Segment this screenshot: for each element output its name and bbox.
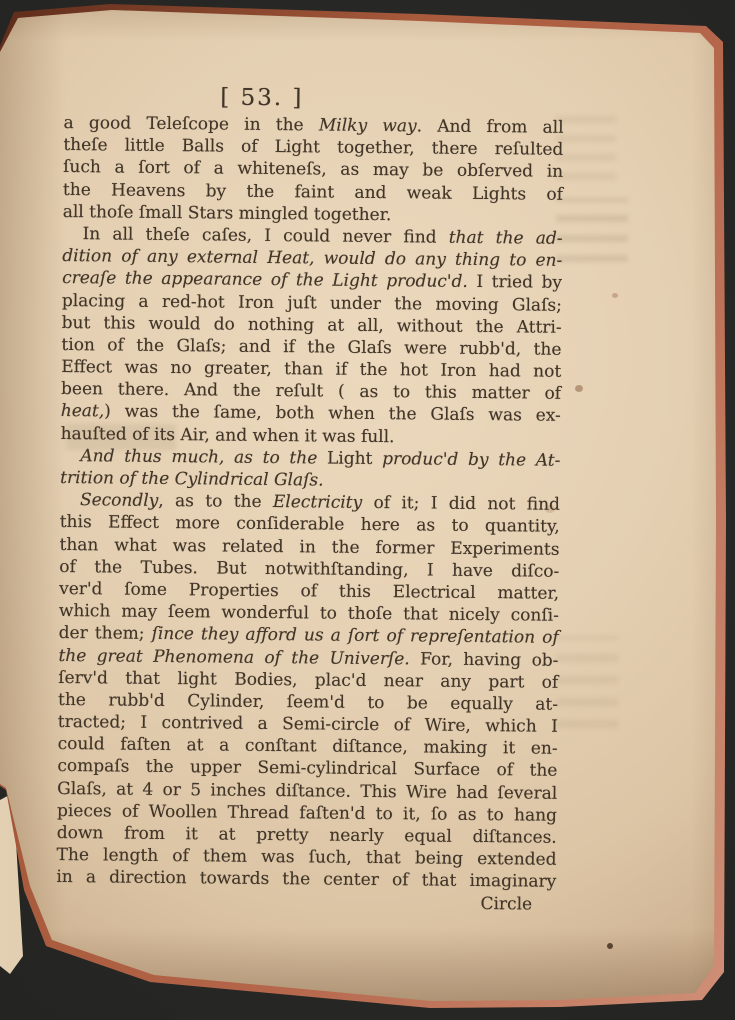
text-area: [ 53. ] a good Teleſcope in the Milky wa… <box>56 82 564 916</box>
show-through-smudge <box>556 110 616 180</box>
page-stain <box>575 385 583 392</box>
page-number: [ 53. ] <box>64 82 564 115</box>
page-stain <box>612 293 618 298</box>
book-page: [ 53. ] a good Teleſcope in the Milky wa… <box>0 0 735 1020</box>
text-lines: a good Teleſcope in the Milky way. And f… <box>56 112 563 893</box>
show-through-smudge <box>556 198 628 262</box>
text-line: in a direction towards the center of tha… <box>56 866 556 893</box>
show-through-smudge <box>556 636 618 728</box>
page-stain <box>607 943 613 949</box>
photo-background: [ 53. ] a good Teleſcope in the Milky wa… <box>0 0 735 1020</box>
catchword: Circle <box>56 889 556 916</box>
